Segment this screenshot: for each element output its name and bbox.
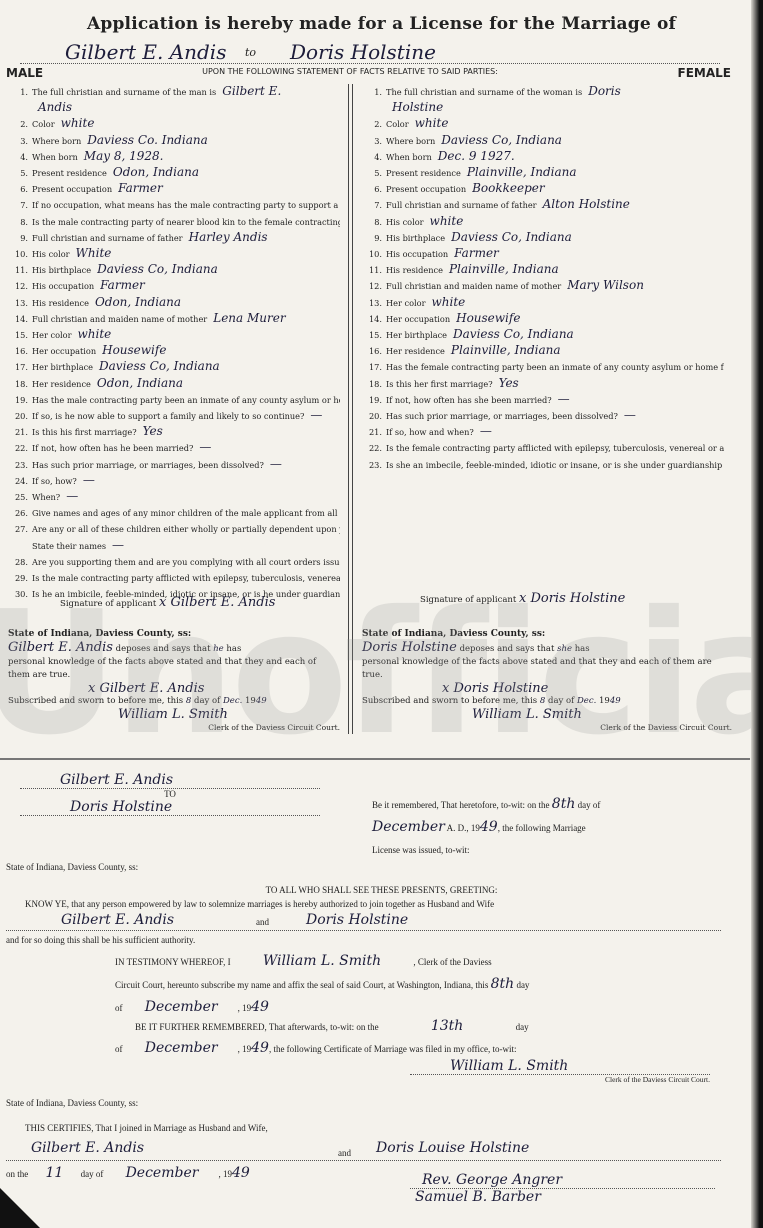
question-row: 10.His colorWhite <box>8 246 340 262</box>
question-row: 20.Has such prior marriage, or marriages… <box>362 408 724 424</box>
question-number: 23. <box>8 458 28 473</box>
clerk-title: Clerk of the Daviess Circuit Court. <box>8 721 340 734</box>
question-label: Full christian and surname of father <box>386 200 537 210</box>
question-answer: Daviess Co, Indiana <box>453 327 574 341</box>
question-answer: Housewife <box>102 343 166 357</box>
affidavit-signature: x Gilbert E. Andis <box>8 682 340 695</box>
question-answer: Farmer <box>100 278 145 292</box>
know-ye: KNOW YE, that any person empowered by la… <box>25 899 725 909</box>
question-label: Where born <box>32 136 81 146</box>
question-label: Full christian and surname of father <box>32 233 183 243</box>
certificate-date: on the 11 day of December, 1949 <box>6 1165 250 1181</box>
column-divider <box>348 84 353 734</box>
question-label: The full christian and surname of the wo… <box>386 87 582 97</box>
further-text: BE IT FURTHER REMEMBERED, That afterward… <box>135 1022 379 1032</box>
question-number: 13. <box>8 296 28 311</box>
license-to: TO <box>20 789 320 799</box>
day-of-text: day of <box>548 696 574 706</box>
license-wife: Doris Holstine <box>306 912 408 928</box>
question-label: When? <box>32 492 60 502</box>
male-header: MALE <box>6 66 43 80</box>
question-row: 26.Give names and ages of any minor chil… <box>8 505 340 521</box>
question-answer: Dec. 9 1927. <box>438 149 515 163</box>
year-prefix: 19 <box>245 696 256 706</box>
deposes-text: deposes and says that <box>116 644 211 654</box>
question-number: 10. <box>8 247 28 262</box>
day-text: day <box>516 980 529 990</box>
question-label: If not, how often has he been married? <box>32 443 193 453</box>
question-number: 3. <box>8 134 28 149</box>
question-label: Present occupation <box>386 184 466 194</box>
question-label: His occupation <box>386 249 448 259</box>
question-label: Give names and ages of any minor childre… <box>32 508 340 518</box>
question-answer: Plainville, Indiana <box>451 343 561 357</box>
dotted-line <box>20 63 720 64</box>
question-answer: — <box>310 408 322 422</box>
question-number: 30. <box>8 587 28 602</box>
question-number: 16. <box>8 344 28 359</box>
certificate-state: State of Indiana, Daviess County, ss: <box>6 1098 138 1108</box>
testimony-suffix: , Clerk of the Daviess <box>413 957 491 967</box>
testimony-text: IN TESTIMONY WHEREOF, I <box>115 957 231 967</box>
question-label: Where born <box>386 136 435 146</box>
question-answer: — <box>83 473 95 487</box>
question-number: 18. <box>8 377 28 392</box>
question-label: Are any or all of these children either … <box>32 524 340 534</box>
question-number: 20. <box>8 409 28 424</box>
on-the-text: on the <box>6 1169 28 1179</box>
question-label: His residence <box>32 298 89 308</box>
certificate-month: December <box>106 1165 219 1181</box>
question-number: 17. <box>362 360 382 375</box>
question-answer: white <box>61 116 95 130</box>
question-label: Is the female contracting party afflicte… <box>386 443 724 453</box>
question-row: 9.Full christian and surname of fatherHa… <box>8 230 340 246</box>
question-number: 23. <box>362 458 382 473</box>
question-label: His residence <box>386 265 443 275</box>
question-row: 23.Has such prior marriage, or marriages… <box>8 457 340 473</box>
question-number: 27. <box>8 522 28 537</box>
further-line2: of December, 1949, the following Certifi… <box>115 1037 725 1060</box>
certificate-husband: Gilbert E. Andis <box>31 1140 144 1156</box>
question-answer: Plainville, Indiana <box>467 165 577 179</box>
question-label: His color <box>32 249 70 259</box>
sworn-day: 8 <box>186 696 191 706</box>
question-number: 14. <box>8 312 28 327</box>
remembered-month: December <box>372 819 445 835</box>
clerk-title: Clerk of the Daviess Circuit Court. <box>362 721 732 734</box>
female-questions: 1.The full christian and surname of the … <box>362 84 724 473</box>
bride-name: Doris Holstine <box>290 40 436 64</box>
question-label: When born <box>386 152 432 162</box>
license-state: State of Indiana, Daviess County, ss: <box>6 862 138 872</box>
question-row: 14.Full christian and maiden name of mot… <box>8 311 340 327</box>
question-label: If so, how and when? <box>386 427 474 437</box>
question-label: Her occupation <box>32 346 96 356</box>
question-row: 9.His birthplaceDaviess Co, Indiana <box>362 230 724 246</box>
question-label: Her residence <box>386 346 445 356</box>
scan-corner <box>0 1188 40 1228</box>
license-clerk-signature: William L. Smith <box>410 1058 710 1075</box>
question-answer: Daviess Co, Indiana <box>441 133 562 147</box>
day-of-text: day of <box>578 800 601 810</box>
license-parties: Gilbert E. Andis TO Doris Holstine <box>20 772 320 816</box>
remembered-text: Be it remembered, That heretofore, to-wi… <box>372 800 550 810</box>
question-label: Is this her first marriage? <box>386 379 493 389</box>
question-row: 18.Her residenceOdon, Indiana <box>8 376 340 392</box>
question-row: 7.Full christian and surname of fatherAl… <box>362 197 724 213</box>
question-row: 18.Is this her first marriage?Yes <box>362 376 724 392</box>
question-number: 19. <box>362 393 382 408</box>
license-bride: Doris Holstine <box>20 799 320 816</box>
question-row: 20.If so, is he now able to support a fa… <box>8 408 340 424</box>
affidavit-state: State of Indiana, Daviess County, ss: <box>362 629 545 639</box>
remembered-day: 8th <box>552 796 576 812</box>
question-label: Is the male contracting party of nearer … <box>32 217 340 227</box>
further-remembered: BE IT FURTHER REMEMBERED, That afterward… <box>135 1015 725 1038</box>
question-label: Has such prior marriage, or marriages, b… <box>386 411 618 421</box>
question-label: His color <box>386 217 424 227</box>
question-row: 4.When bornMay 8, 1928. <box>8 149 340 165</box>
question-number: 16. <box>362 344 382 359</box>
question-row: 14.Her occupationHousewife <box>362 311 724 327</box>
question-label: Are you supporting them and are you comp… <box>32 557 340 567</box>
question-answer: Odon, Indiana <box>95 295 181 309</box>
question-number: 17. <box>8 360 28 375</box>
question-answer: — <box>624 408 636 422</box>
question-answer: Mary Wilson <box>567 278 644 292</box>
license-groom: Gilbert E. Andis <box>20 772 320 789</box>
question-answer: Odon, Indiana <box>97 376 183 390</box>
question-number: 2. <box>362 117 382 132</box>
year-prefix: 19 <box>599 696 610 706</box>
question-number: 21. <box>362 425 382 440</box>
question-row: Andis <box>8 100 340 116</box>
authority-text: and for so doing this shall be his suffi… <box>6 935 195 945</box>
question-answer: Alton Holstine <box>543 197 630 211</box>
testimony-line2-text: Circuit Court, hereunto subscribe my nam… <box>115 980 488 990</box>
question-label: Color <box>386 119 409 129</box>
question-number: 5. <box>362 166 382 181</box>
sworn-year: 49 <box>256 696 267 706</box>
question-row: 8.His colorwhite <box>362 214 724 230</box>
question-number: 6. <box>8 182 28 197</box>
question-label: His birthplace <box>32 265 91 275</box>
testimony: IN TESTIMONY WHEREOF, I William L. Smith… <box>115 950 725 973</box>
question-number: 2. <box>8 117 28 132</box>
question-label: The full christian and surname of the ma… <box>32 87 216 97</box>
question-label: Has the male contracting party been an i… <box>32 395 340 405</box>
affidavit-state: State of Indiana, Daviess County, ss: <box>8 629 191 639</box>
question-answer: Daviess Co, Indiana <box>97 262 218 276</box>
sworn-day: 8 <box>540 696 545 706</box>
question-row: 19.Has the male contracting party been a… <box>8 392 340 408</box>
question-row: 13.His residenceOdon, Indiana <box>8 295 340 311</box>
question-answer: white <box>77 327 111 341</box>
certificate-day: 11 <box>31 1165 79 1181</box>
testimony-line2: Circuit Court, hereunto subscribe my nam… <box>115 973 725 1019</box>
question-row: 15.Her colorwhite <box>8 327 340 343</box>
question-number: 14. <box>362 312 382 327</box>
has-text: has <box>226 644 241 654</box>
question-row: 5.Present residenceOdon, Indiana <box>8 165 340 181</box>
question-row: 4.When bornDec. 9 1927. <box>362 149 724 165</box>
question-label: If no occupation, what means has the mal… <box>32 200 340 210</box>
question-row: 3.Where bornDaviess Co. Indiana <box>8 133 340 149</box>
question-row: 2.Colorwhite <box>8 116 340 132</box>
question-row: 21.If so, how and when?— <box>362 424 724 440</box>
question-label: Her birthplace <box>386 330 447 340</box>
question-answer: Daviess Co, Indiana <box>451 230 572 244</box>
section-divider <box>0 758 750 760</box>
question-label: Present residence <box>386 168 461 178</box>
question-label: State their names <box>32 541 106 551</box>
question-number: 6. <box>362 182 382 197</box>
question-label: Color <box>32 119 55 129</box>
question-label: If so, is he now able to support a famil… <box>32 411 304 421</box>
question-number: 13. <box>362 296 382 311</box>
sworn-month: Dec. <box>577 696 596 706</box>
groom-name: Gilbert E. Andis <box>65 40 226 64</box>
question-number: 5. <box>8 166 28 181</box>
question-number: 24. <box>8 474 28 489</box>
question-number: 1. <box>8 85 28 100</box>
issued-text: License was issued, to-wit: <box>372 845 469 855</box>
question-answer: — <box>270 457 282 471</box>
sworn-text: Subscribed and sworn to before me, this <box>8 696 183 706</box>
question-answer: White <box>76 246 112 260</box>
question-number: 25. <box>8 490 28 505</box>
question-row: 11.His residencePlainville, Indiana <box>362 262 724 278</box>
further-month: December <box>125 1040 238 1056</box>
greeting: TO ALL WHO SHALL SEE THESE PRESENTS, GRE… <box>0 885 763 895</box>
document-title: Application is hereby made for a License… <box>0 14 763 34</box>
question-answer: white <box>430 214 464 228</box>
question-answer: Andis <box>38 100 72 114</box>
question-number: 28. <box>8 555 28 570</box>
male-affidavit: State of Indiana, Daviess County, ss: Gi… <box>8 628 340 734</box>
question-label: Her color <box>386 298 425 308</box>
question-row: 17.Has the female contracting party been… <box>362 359 724 375</box>
question-number: 20. <box>362 409 382 424</box>
affidavit-signature: x Doris Holstine <box>362 682 732 695</box>
question-row: 17.Her birthplaceDaviess Co, Indiana <box>8 359 340 375</box>
further-suffix: , the following Certificate of Marriage … <box>269 1044 517 1054</box>
question-number: 11. <box>8 263 28 278</box>
question-number: 22. <box>362 441 382 456</box>
remembered-year: 49 <box>480 819 498 835</box>
question-number: 11. <box>362 263 382 278</box>
question-row: 25.When?— <box>8 489 340 505</box>
question-label: When born <box>32 152 78 162</box>
signature-label: Signature of applicant <box>420 595 516 605</box>
question-answer: Yes <box>143 424 163 438</box>
year-prefix: , 19 <box>238 1003 252 1013</box>
testimony-day: 8th <box>491 976 515 992</box>
question-answer: white <box>415 116 449 130</box>
question-number: 9. <box>8 231 28 246</box>
of-text: of <box>115 1003 123 1013</box>
male-signature: Signature of applicant x Gilbert E. Andi… <box>60 596 340 611</box>
question-label: Has such prior marriage, or marriages, b… <box>32 460 264 470</box>
and-text: and <box>256 917 269 927</box>
certificate-year: 49 <box>232 1165 250 1181</box>
male-signature-value: x Gilbert E. Andis <box>159 595 275 610</box>
question-row: 24.If so, how?— <box>8 473 340 489</box>
question-label: Is the male contracting party afflicted … <box>32 573 340 583</box>
day-of-text: day of <box>194 696 220 706</box>
question-answer: Holstine <box>392 100 443 114</box>
question-answer: Plainville, Indiana <box>449 262 559 276</box>
question-answer: — <box>199 440 211 454</box>
has-text: has <box>575 644 590 654</box>
question-row: State their names— <box>8 538 340 554</box>
witness-signature: Samuel B. Barber <box>410 1189 715 1205</box>
license-remembered: Be it remembered, That heretofore, to-wi… <box>372 793 712 861</box>
question-label: Her color <box>32 330 71 340</box>
license-husband: Gilbert E. Andis <box>61 912 174 928</box>
and-text: and <box>338 1148 351 1158</box>
testimony-month: December <box>125 999 238 1015</box>
question-row: 15.Her birthplaceDaviess Co, Indiana <box>362 327 724 343</box>
question-answer: Odon, Indiana <box>113 165 199 179</box>
year-prefix: , 19 <box>238 1044 252 1054</box>
question-number: 10. <box>362 247 382 262</box>
female-signature-value: x Doris Holstine <box>519 591 625 606</box>
question-label: Full christian and maiden name of mother <box>386 281 561 291</box>
question-row: 28.Are you supporting them and are you c… <box>8 554 340 570</box>
female-header: FEMALE <box>678 66 731 80</box>
question-number: 8. <box>8 215 28 230</box>
pronoun: she <box>557 644 572 654</box>
question-label: His occupation <box>32 281 94 291</box>
question-row: 12.Full christian and maiden name of mot… <box>362 278 724 294</box>
question-answer: Doris <box>588 84 621 98</box>
question-number: 4. <box>8 150 28 165</box>
question-row: 10.His occupationFarmer <box>362 246 724 262</box>
day-of-text: day of <box>81 1169 104 1179</box>
scan-edge <box>751 0 763 1228</box>
day-text: day <box>516 1022 529 1032</box>
question-label: Her occupation <box>386 314 450 324</box>
question-number: 12. <box>362 279 382 294</box>
question-answer: Lena Murer <box>213 311 285 325</box>
officiant: Rev. George Angrer Samuel B. Barber <box>410 1172 715 1205</box>
license-clerk-title: Clerk of the Daviess Circuit Court. <box>410 1075 710 1084</box>
question-number: 3. <box>362 134 382 149</box>
question-number: 19. <box>8 393 28 408</box>
to-label: to <box>245 46 256 59</box>
question-label: Is she an imbecile, feeble-minded, idiot… <box>386 460 724 470</box>
question-answer: — <box>112 538 124 552</box>
question-row: 6.Present occupationBookkeeper <box>362 181 724 197</box>
question-label: Full christian and maiden name of mother <box>32 314 207 324</box>
question-row: 2.Colorwhite <box>362 116 724 132</box>
signature-label: Signature of applicant <box>60 599 156 609</box>
facts-subheader: UPON THE FOLLOWING STATEMENT OF FACTS RE… <box>150 67 550 76</box>
clerk-signature: William L. Smith <box>362 708 732 721</box>
question-answer: Daviess Co. Indiana <box>87 133 207 147</box>
male-questions: 1.The full christian and surname of the … <box>8 84 340 603</box>
sworn-year: 49 <box>610 696 621 706</box>
question-label: Has the female contracting party been an… <box>386 362 724 372</box>
question-number: 7. <box>8 198 28 213</box>
question-number: 1. <box>362 85 382 100</box>
testimony-year: 49 <box>251 999 269 1015</box>
question-row: 16.Her residencePlainville, Indiana <box>362 343 724 359</box>
license-clerk: William L. Smith Clerk of the Daviess Ci… <box>410 1058 710 1084</box>
question-number: 15. <box>362 328 382 343</box>
question-label: Her birthplace <box>32 362 93 372</box>
question-label: Is this his first marriage? <box>32 427 137 437</box>
question-row: 22.If not, how often has he been married… <box>8 440 340 456</box>
question-answer: Housewife <box>456 311 520 325</box>
question-number: 18. <box>362 377 382 392</box>
affidavit-name: Doris Holstine <box>362 640 457 655</box>
pronoun: he <box>213 644 224 654</box>
question-label: If not, how often has she been married? <box>386 395 552 405</box>
question-row: 19.If not, how often has she been marrie… <box>362 392 724 408</box>
deposes-text: deposes and says that <box>460 644 555 654</box>
question-row: 6.Present occupationFarmer <box>8 181 340 197</box>
question-answer: Daviess Co, Indiana <box>99 359 220 373</box>
application-names: Gilbert E. Andis to Doris Holstine <box>20 40 720 64</box>
question-answer: Farmer <box>118 181 163 195</box>
question-label: If so, how? <box>32 476 77 486</box>
remembered-suffix: , the following Marriage <box>498 823 586 833</box>
question-row: 29.Is the male contracting party afflict… <box>8 570 340 586</box>
question-row: 8.Is the male contracting party of neare… <box>8 214 340 230</box>
question-row: 1.The full christian and surname of the … <box>8 84 340 100</box>
ad-text: A. D., 19 <box>447 823 480 833</box>
marriage-license-document: Application is hereby made for a License… <box>0 0 763 1228</box>
female-signature: Signature of applicant x Doris Holstine <box>420 592 740 607</box>
question-row: 21.Is this his first marriage?Yes <box>8 424 340 440</box>
question-row: 1.The full christian and surname of the … <box>362 84 724 100</box>
question-answer: — <box>66 489 78 503</box>
question-answer: Yes <box>499 376 519 390</box>
sworn-text: Subscribed and sworn to before me, this <box>362 696 537 706</box>
question-answer: Bookkeeper <box>472 181 545 195</box>
question-number: 15. <box>8 328 28 343</box>
question-row: 11.His birthplaceDaviess Co, Indiana <box>8 262 340 278</box>
question-row: 16.Her occupationHousewife <box>8 343 340 359</box>
affidavit-name: Gilbert E. Andis <box>8 640 113 655</box>
question-answer: Harley Andis <box>189 230 268 244</box>
question-number: 29. <box>8 571 28 586</box>
affidavit-text: personal knowledge of the facts above st… <box>362 657 712 680</box>
question-number: 12. <box>8 279 28 294</box>
question-number: 21. <box>8 425 28 440</box>
question-row: 13.Her colorwhite <box>362 295 724 311</box>
question-answer: Gilbert E. <box>222 84 281 98</box>
of-text: of <box>115 1044 123 1054</box>
further-year: 49 <box>251 1040 269 1056</box>
question-answer: — <box>558 392 570 406</box>
question-number: 8. <box>362 215 382 230</box>
year-prefix: , 19 <box>218 1169 232 1179</box>
question-row: 22.Is the female contracting party affli… <box>362 440 724 456</box>
question-label: His birthplace <box>386 233 445 243</box>
question-row: 23.Is she an imbecile, feeble-minded, id… <box>362 457 724 473</box>
further-day: 13th <box>381 1018 513 1034</box>
female-affidavit: State of Indiana, Daviess County, ss: Do… <box>362 628 732 734</box>
question-answer: — <box>480 424 492 438</box>
question-row: 7.If no occupation, what means has the m… <box>8 197 340 213</box>
question-number: 7. <box>362 198 382 213</box>
question-answer: May 8, 1928. <box>84 149 164 163</box>
question-row: 27.Are any or all of these children eith… <box>8 521 340 537</box>
